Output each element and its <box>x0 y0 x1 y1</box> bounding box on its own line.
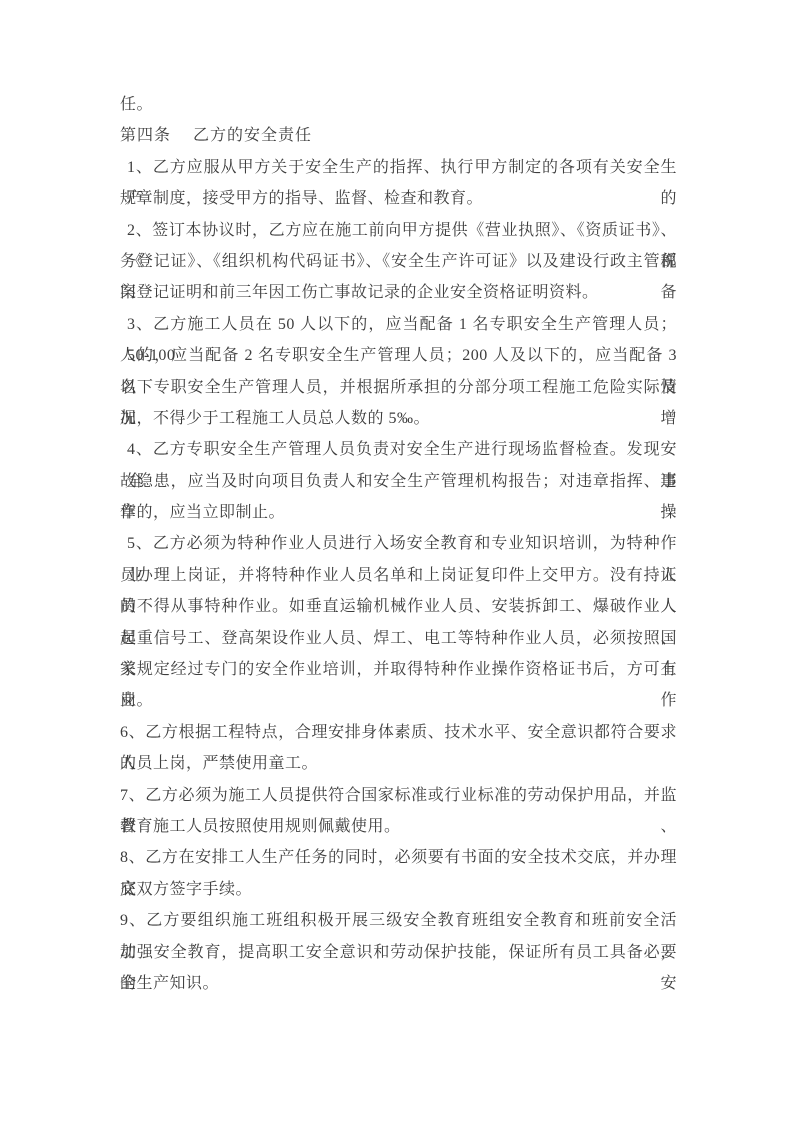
text-line: 员办理上岗证，并将特种作业人员名单和上岗证复印件上交甲方。没有持证的人 <box>120 560 677 591</box>
paragraph-2: 2、签订本协议时，乙方应在施工前向甲方提供《营业执照》、《资质证书》、《税务登记… <box>120 215 677 309</box>
paragraph-continuation: 任。 <box>120 89 677 120</box>
text-line: 以下专职安全生产管理人员，并根据所承担的分部分项工程施工危险实际情况增 <box>120 372 677 403</box>
text-line: 案登记证明和前三年因工伤亡事故记录的企业安全资格证明资料。 <box>120 277 677 308</box>
text-line: 加强安全教育，提高职工安全意识和劳动保护技能，保证所有员工具备必要的安 <box>120 937 677 968</box>
text-line: 2、签订本协议时，乙方应在施工前向甲方提供《营业执照》、《资质证书》、《税 <box>120 215 677 246</box>
text-line: 5、乙方必须为特种作业人员进行入场安全教育和专业知识培训，为特种作业人 <box>120 528 677 559</box>
text-line: 6、乙方根据工程特点，合理安排身体素质、技术水平、安全意识都符合要求的 <box>120 717 677 748</box>
text-line: 9、乙方要组织施工班组积极开展三级安全教育班组安全教育和班前安全活动， <box>120 905 677 936</box>
text-line: 8、乙方在安排工人生产任务的同时，必须要有书面的安全技术交底，并办理交 <box>120 842 677 873</box>
paragraph-4: 4、乙方专职安全生产管理人员负责对安全生产进行现场监督检查。发现安全事故隐患，应… <box>120 434 677 528</box>
paragraph-9: 9、乙方要组织施工班组积极开展三级安全教育班组安全教育和班前安全活动，加强安全教… <box>120 905 677 999</box>
paragraph-8: 8、乙方在安排工人生产任务的同时，必须要有书面的安全技术交底，并办理交底双方签字… <box>120 842 677 905</box>
document-body: 任。第四条 乙方的安全责任1、乙方应服从甲方关于安全生产的指挥、执行甲方制定的各… <box>120 89 677 999</box>
text-line: 4、乙方专职安全生产管理人员负责对安全生产进行现场监督检查。发现安全事 <box>120 434 677 465</box>
paragraph-3: 3、乙方施工人员在 50 人以下的，应当配备 1 名专职安全生产管理人员；50-… <box>120 309 677 435</box>
text-line: 3、乙方施工人员在 50 人以下的，应当配备 1 名专职安全生产管理人员；50-… <box>120 309 677 340</box>
paragraph-7: 7、乙方必须为施工人员提供符合国家标准或行业标准的劳动保护用品，并监督、教育施工… <box>120 780 677 843</box>
text-line: 第四条 乙方的安全责任 <box>120 120 677 151</box>
section-heading: 第四条 乙方的安全责任 <box>120 120 677 151</box>
text-line: 故隐患，应当及时向项目负责人和安全生产管理机构报告；对违章指挥、违章操 <box>120 466 677 497</box>
text-line: 关规定经过专门的安全作业培训，并取得特种作业操作资格证书后，方可上岗作 <box>120 654 677 685</box>
text-line: 人员上岗，严禁使用童工。 <box>120 748 677 779</box>
document-page: 任。第四条 乙方的安全责任1、乙方应服从甲方关于安全生产的指挥、执行甲方制定的各… <box>0 0 793 1122</box>
paragraph-5: 5、乙方必须为特种作业人员进行入场安全教育和专业知识培训，为特种作业人员办理上岗… <box>120 528 677 716</box>
paragraph-1: 1、乙方应服从甲方关于安全生产的指挥、执行甲方制定的各项有关安全生产的规章制度，… <box>120 152 677 215</box>
text-line: 1、乙方应服从甲方关于安全生产的指挥、执行甲方制定的各项有关安全生产的 <box>120 152 677 183</box>
text-line: 起重信号工、登高架设作业人员、焊工、电工等特种作业人员，必须按照国家有 <box>120 623 677 654</box>
text-line: 人的，应当配备 2 名专职安全生产管理人员；200 人及以下的，应当配备 3 名… <box>120 340 677 371</box>
text-line: 员不得从事特种作业。如垂直运输机械作业人员、安装拆卸工、爆破作业人员、 <box>120 591 677 622</box>
text-line: 底双方签字手续。 <box>120 874 677 905</box>
paragraph-6: 6、乙方根据工程特点，合理安排身体素质、技术水平、安全意识都符合要求的人员上岗，… <box>120 717 677 780</box>
text-line: 7、乙方必须为施工人员提供符合国家标准或行业标准的劳动保护用品，并监督、 <box>120 780 677 811</box>
text-line: 务登记证》、《组织机构代码证书》、《安全生产许可证》以及建设行政主管部门备 <box>120 246 677 277</box>
text-line: 任。 <box>120 89 677 120</box>
